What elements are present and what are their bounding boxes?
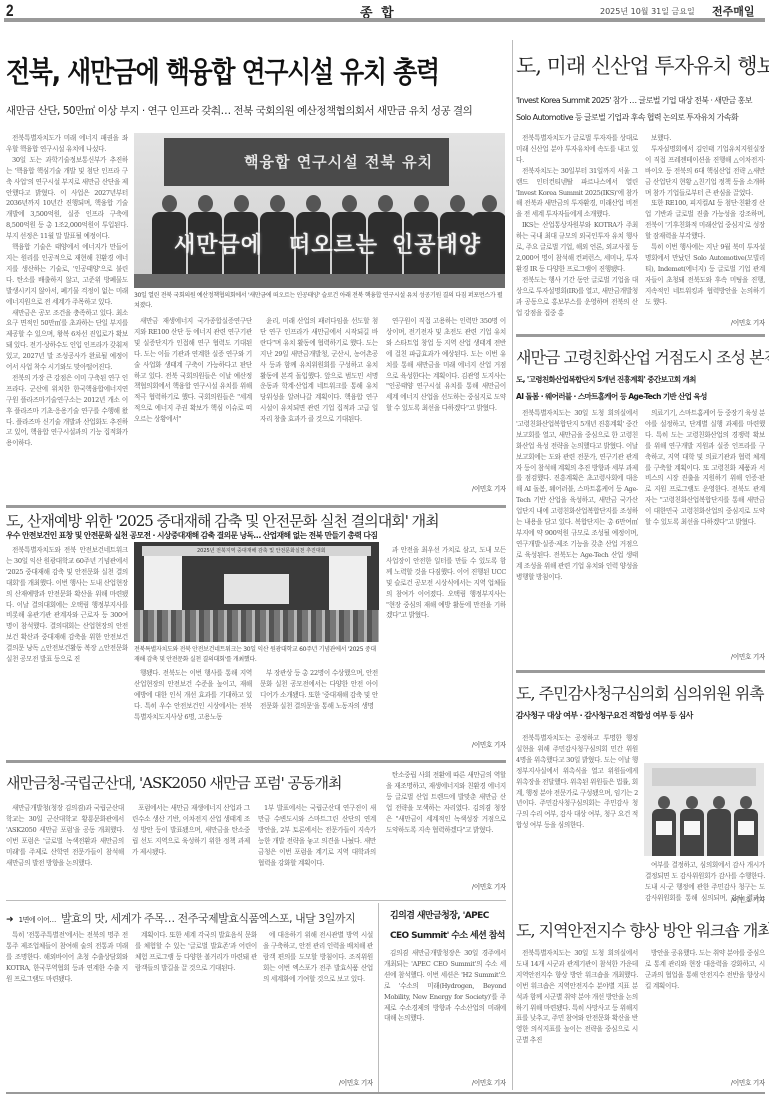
fusion-body-col4: 연구원이 직접 고용하는 인력만 350명 이상이며, 전기전자 및 초전도 관… [386,316,506,484]
section-rule [516,334,765,337]
expo-byline: /이민호 기자 [263,1078,373,1090]
safety-photo[interactable]: 2025년 전북지역 중대재해 감축 및 안전문화실천 추진대회 [134,542,379,642]
fusion-byline: /이민호 기자 [386,484,506,496]
aging-body-col1: 전북특별자치도는 30일 도청 회의실에서 '고령친화산업복합단지 5개년 진흥… [516,408,638,662]
newspaper-name: 전주매일 [712,3,755,19]
fusion-body-col2: 새만금 재생에너지 국가종합실증연구단지와 RE100 산단 등 에너지 관련 … [134,316,252,496]
section-rule [516,670,765,673]
safety-body-col4: 과 안전을 최우선 가치로 삼고, 도내 모든 사업장이 안전한 일터를 만들 … [386,545,506,741]
photo-slogan-2: 떠오르는 [289,228,378,259]
fusion-body-col3: 윤리, 미래 산업의 패러다임을 선도할 첨단 연구 인프라가 새만금에서 시작… [260,316,378,496]
arrow-right-icon: ➜ [6,915,14,925]
column-divider [378,903,379,1093]
section-rule [6,900,506,901]
fusion-photo-caption: 30일 열린 전북 국회의원 예산정책협의회에서 '새만금에 떠오르는 인공태양… [134,291,505,311]
apec-headline-line2[interactable]: CEO Summit' 수소 세션 참석 [390,928,505,941]
section-rule [6,760,506,763]
fusion-body-col1: 전북특별자치도가 미래 에너지 패권을 좌우할 핵융합 연구시설 유치에 나섰다… [6,133,128,501]
safety-photo-caption: 전북특별자치도와 전북 안전보건네트워크는 30일 익산 원광대학교 60주년 … [134,645,379,665]
invest-body-col2: 보했다. 투자설명회에서 김인태 기업유치지원실장이 직접 프레젠테이션을 진행… [645,133,765,317]
safety-body-col2: 행됐다. 전북도는 이번 행사를 통해 지역 산업현장의 안전보건 수준을 높이… [134,668,252,750]
safety-byline: /이민호 기자 [386,740,506,752]
footer-rule [6,1092,765,1094]
column-divider [512,40,513,1090]
workshop-body-col1: 전북특별자치도는 30일 도청 회의실에서 도내 14개 시군과 관계기관이 참… [516,948,638,1090]
audit-subheadline: 감사청구 대상 여부 · 감사청구요건 적합성 여부 등 심사 [516,710,693,721]
fusion-photo[interactable]: 핵융합 연구시설 전북 유치 새만금에 떠오르는 인공태양 [134,133,505,288]
fusion-headline[interactable]: 전북, 새만금에 핵융합 연구시설 유치 총력 [6,50,439,91]
apec-headline-line1[interactable]: 김의겸 새만금청장, 'APEC [390,908,489,921]
invest-body-col1: 전북특별자치도가 글로벌 투자자를 상대로 미래 신산업 분야 투자유치에 속도… [516,133,638,329]
expo-body-col3: 에 대응하기 위해 전시관별 방역 시설을 구축하고, 안전 관리 인력을 배치… [263,930,373,1078]
audit-byline: /이민호 기자 [645,895,765,907]
forum-body-col2: 포럼에서는 새만금 재생에너지 산업과 그린수소 생산 기반, 이차전지 산업 … [132,803,250,893]
audit-body-col1: 전북특별자치도는 공정하고 투명한 행정 실현을 위해 주민감사청구심의회 민간… [516,733,638,903]
safety-headline[interactable]: 도, 산재예방 위한 '2025 중대재해 감축 및 안전문화 실천 결의대회'… [6,510,439,531]
forum-body-col1: 새만금개발청(청장 김의겸)과 국립군산대학교는 30일 군산대학교 황룡문화관… [6,803,124,893]
fusion-subheadline: 새만금 산단, 50만㎡ 이상 부지 · 연구 인프라 갖춰… 전북 국회의원 … [6,103,472,118]
expo-continued-label: 1면에 이어… [19,916,56,924]
expo-body-col2: 계획이다. 또한 세계 각국의 발효음식 문화를 체험할 수 있는 '글로벌 발… [135,930,257,1090]
expo-body-col1: 특히 '전통주특별전'에서는 전북의 명주 전통주 제조업체들이 참여해 술의 … [6,930,128,1090]
issue-date: 2025년 10월 31일 금요일 [600,6,695,17]
invest-subheadline-1: 'Invest Korea Summit 2025' 참가 … 글로벌 기업 대… [516,95,752,106]
aging-subheadline-2: AI 돌봄 · 웨어러블 · 스마트홈케어 등 Age-Tech 기반 산업 육… [516,391,707,402]
workshop-headline[interactable]: 도, 지역안전지수 향상 방안 워크숍 개최 [516,918,769,941]
forum-body-col3: 1부 발표에서는 국립군산대 연구진이 새만금 수변도시와 스마트그린 산단의 … [258,803,376,893]
photo-stage-banner: 2025년 전북지역 중대재해 감축 및 안전문화실천 추진대회 [142,546,371,556]
aging-body-col2: 의료기기, 스마트홈케어 등 중장기 육성 분야를 설정하고, 단계별 실행 과… [645,408,765,650]
forum-byline: /이민호 기자 [386,882,506,894]
safety-body-col3: 부 장관상 등 총 22명이 수상했으며, 안전문화 실천 공모전에서는 다양한… [260,668,378,750]
invest-headline[interactable]: 도, 미래 신산업 투자유치 행보 [516,50,769,80]
expo-headline[interactable]: 발효의 맛, 세계가 주목… 전주국제발효식품엑스포, 내달 3일까지 [61,912,355,925]
safety-subheadline: 우수 안전보건인 표창 및 안전문화 실천 공모전 · 시상중대재해 감축 결의… [6,530,377,541]
photo-slogan-1: 새만금에 [174,228,263,259]
expo-header: ➜ 1면에 이어… 발효의 맛, 세계가 주목… 전주국제발효식품엑스포, 내달… [6,907,355,926]
apec-byline: /이민호 기자 [384,1078,506,1090]
forum-body-col4: 탄소중립 사회 전환에 따른 새만금의 역할을 재조명하고, 재생에너지와 친환… [386,770,506,882]
aging-headline[interactable]: 새만금 고령친화산업 거점도시 조성 본격 [516,345,769,368]
photo-slogan-3: 인공태양 [392,228,481,259]
photo-banner: 핵융합 연구시설 전북 유치 [164,138,449,186]
forum-headline[interactable]: 새만금청-국립군산대, 'ASK2050 새만금 포럼' 공동개최 [6,772,341,793]
workshop-byline: /이민호 기자 [645,1078,765,1090]
invest-subheadline-2: Solo Automotive 등 글로벌 기업과 후속 협력 논의로 투자유치… [516,112,738,123]
aging-subheadline-1: 도, '고령친화산업복합단지 5개년 진흥계획' 중간보고회 개최 [516,374,696,385]
invest-byline: /이민호 기자 [645,318,765,330]
aging-byline: /이민호 기자 [645,652,765,664]
audit-photo[interactable] [644,763,764,856]
section-rule [6,505,506,508]
workshop-body-col2: 방안을 공유했다. 도는 취약 분야를 중심으로 통계 관리와 현장 대응력을 … [645,948,765,1078]
audit-headline[interactable]: 도, 주민감사청구심의회 심의위원 위촉 [516,681,764,704]
photo-board [652,768,756,786]
apec-body: 김의겸 새만금개발청장은 30일 경주에서 개최되는 'APEC CEO Sum… [384,948,506,1076]
safety-body-col1: 전북특별자치도와 전북 안전보건네트워크는 30일 익산 원광대학교 60주년 … [6,545,128,750]
header-rule [4,18,765,22]
